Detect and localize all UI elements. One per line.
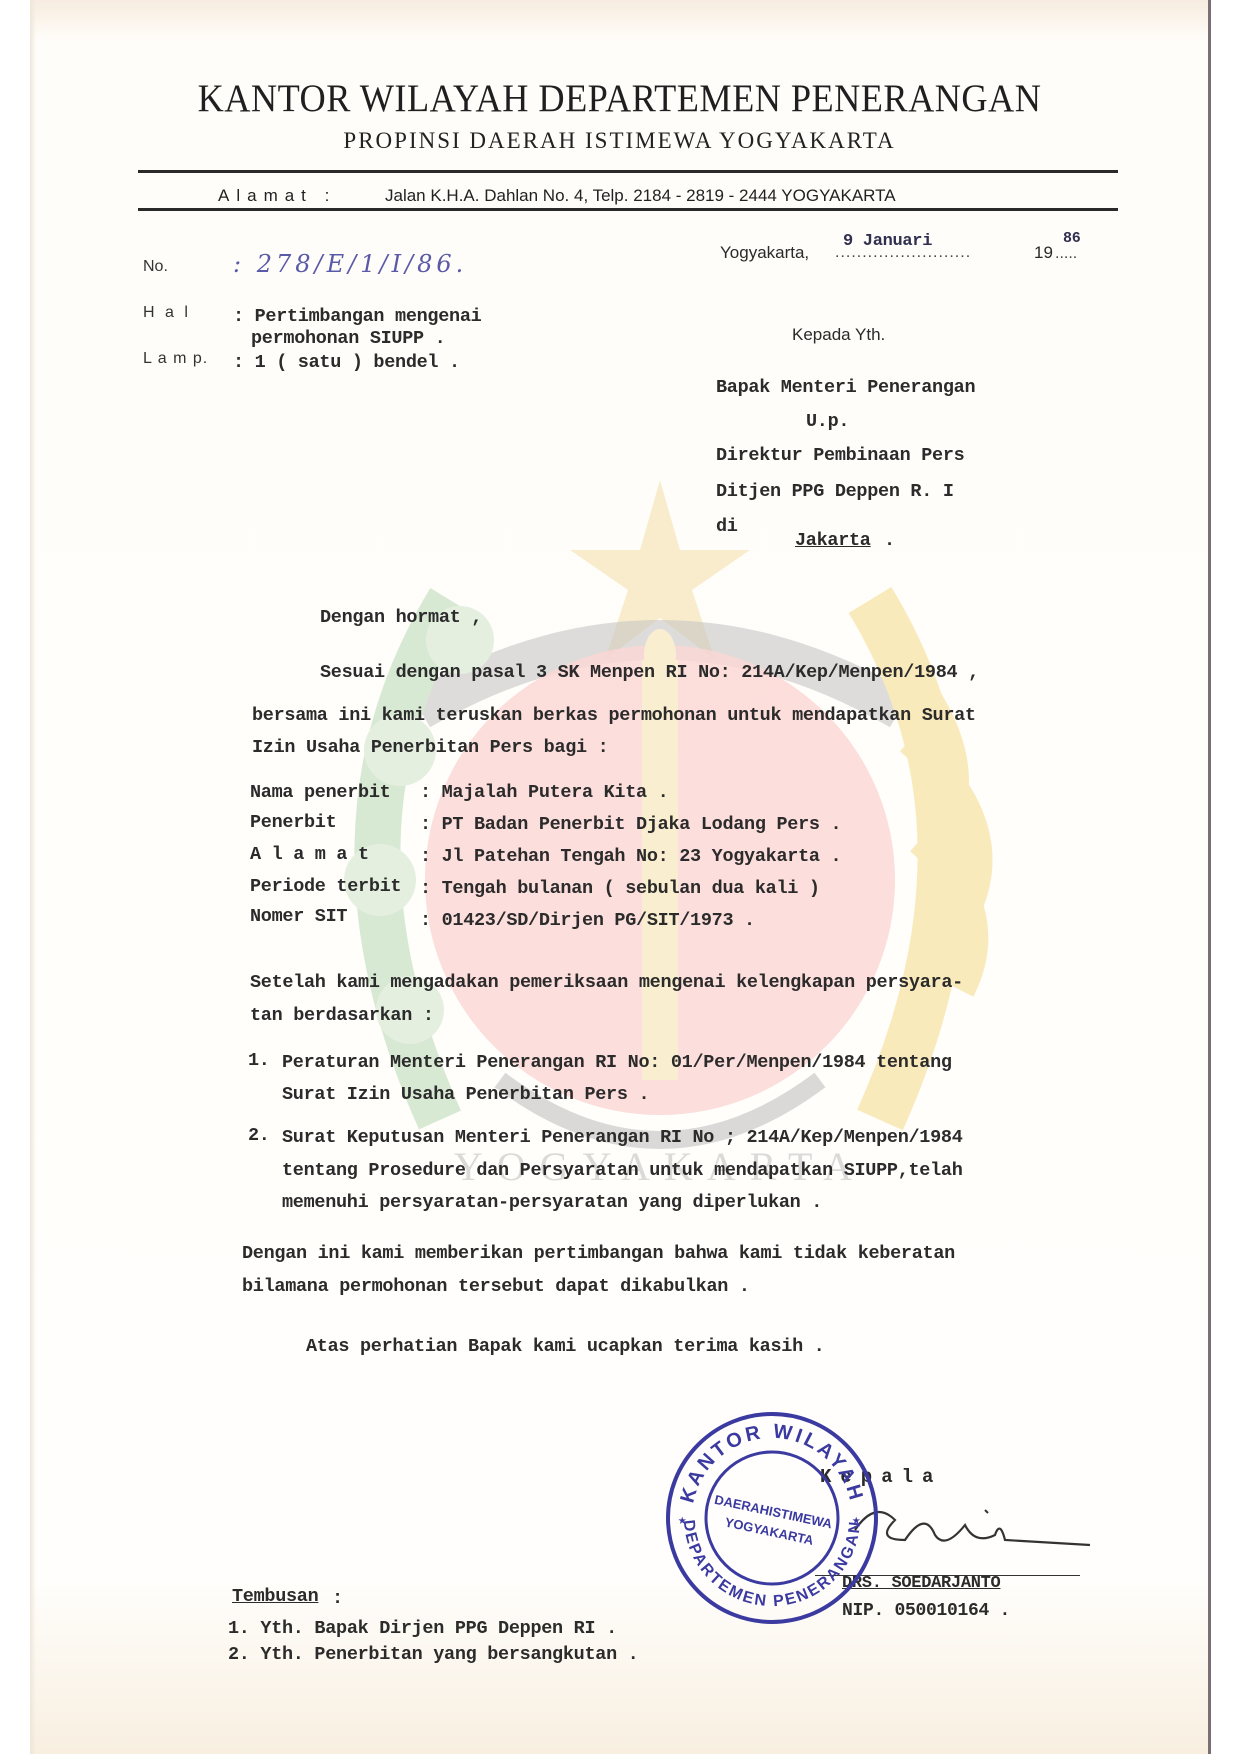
detail-label: Nama penerbit	[250, 782, 390, 803]
list-item-number: 1.	[248, 1050, 270, 1071]
date-day-month: 9 Januari	[843, 232, 932, 251]
list-item-line: Surat Izin Usaha Penerbitan Pers .	[282, 1084, 649, 1105]
para3-line2: bilamana permohonan tersebut dapat dikab…	[242, 1276, 750, 1297]
date-place: Yogyakarta,	[720, 243, 809, 263]
recipient-city: Jakarta	[795, 530, 871, 551]
detail-label: Periode terbit	[250, 876, 401, 897]
recipient-line1: Bapak Menteri Penerangan	[716, 377, 975, 398]
letterhead-title: KANTOR WILAYAH DEPARTEMEN PENERANGAN	[43, 76, 1195, 121]
para1-line2: bersama ini kami teruskan berkas permoho…	[252, 705, 976, 726]
para1-line1: Sesuai dengan pasal 3 SK Menpen RI No: 2…	[320, 662, 979, 683]
detail-value: : PT Badan Penerbit Djaka Lodang Pers .	[420, 814, 841, 835]
para3-line1: Dengan ini kami memberikan pertimbangan …	[242, 1243, 955, 1264]
para2-line1: Setelah kami mengadakan pemeriksaan meng…	[250, 972, 963, 993]
lamp-value: : 1 ( satu ) bendel .	[233, 352, 460, 373]
cc-heading: Tembusan	[232, 1586, 318, 1607]
hal-value-line1: : Pertimbangan mengenai	[233, 306, 481, 327]
detail-value: : Jl Patehan Tengah No: 23 Yogyakarta .	[420, 846, 841, 867]
cc-item: 1. Yth. Bapak Dirjen PPG Deppen RI .	[228, 1618, 617, 1639]
recipient-city-period: .	[884, 530, 895, 551]
cc-heading-colon: :	[332, 1588, 343, 1609]
list-item-line: Peraturan Menteri Penerangan RI No: 01/P…	[282, 1052, 952, 1073]
recipient-line3: Direktur Pembinaan Pers	[716, 445, 964, 466]
para1-line3: Izin Usaha Penerbitan Pers bagi :	[252, 737, 608, 758]
svg-text:KANTOR WILAYAH: KANTOR WILAYAH	[676, 1420, 867, 1505]
list-item-line: memenuhi persyaratan-persyaratan yang di…	[282, 1192, 822, 1213]
header-rule-bottom	[138, 208, 1118, 211]
no-label: No.	[143, 258, 168, 276]
detail-label: Nomer SIT	[250, 906, 347, 927]
recipient-line4: Ditjen PPG Deppen R. I	[716, 481, 954, 502]
hal-value-line2: permohonan SIUPP .	[251, 328, 445, 349]
list-item-line: tentang Prosedure dan Persyaratan untuk …	[282, 1160, 963, 1181]
address-text: Jalan K.H.A. Dahlan No. 4, Telp. 2184 - …	[385, 186, 896, 206]
detail-value: : Majalah Putera Kita .	[420, 782, 668, 803]
list-item-number: 2.	[248, 1125, 270, 1146]
recipient-greeting: Kepada Yth.	[792, 325, 885, 345]
date-year-dots: .....	[1055, 245, 1077, 263]
letter-number: : 278/E/1/I/86.	[233, 250, 467, 278]
date-century: 19	[1034, 243, 1053, 263]
para2-line2: tan berdasarkan :	[250, 1005, 434, 1026]
recipient-line2: U.p.	[806, 411, 849, 432]
detail-value: : Tengah bulanan ( sebulan dua kali )	[420, 878, 820, 899]
salutation: Dengan hormat ,	[320, 607, 482, 628]
detail-value: : 01423/SD/Dirjen PG/SIT/1973 .	[420, 910, 755, 931]
address-label: Alamat :	[218, 186, 336, 206]
hal-label: H a l	[143, 304, 191, 322]
lamp-label: L a m p.	[143, 350, 208, 368]
svg-text:★: ★	[678, 1513, 687, 1529]
recipient-line5-prefix: di	[716, 516, 738, 537]
svg-text:★: ★	[852, 1513, 861, 1529]
closing-line: Atas perhatian Bapak kami ucapkan terima…	[306, 1336, 825, 1357]
letterhead-subtitle: PROPINSI DAERAH ISTIMEWA YOGYAKARTA	[0, 128, 1239, 154]
detail-label: A l a m a t	[250, 844, 369, 865]
list-item-line: Surat Keputusan Menteri Penerangan RI No…	[282, 1127, 963, 1148]
detail-label: Penerbit	[250, 812, 336, 833]
header-rule-top	[138, 170, 1118, 173]
official-stamp-icon: KANTOR WILAYAH DEPARTEMEN PENERANGAN DAE…	[662, 1408, 882, 1628]
cc-item: 2. Yth. Penerbitan yang bersangkutan .	[228, 1644, 638, 1665]
